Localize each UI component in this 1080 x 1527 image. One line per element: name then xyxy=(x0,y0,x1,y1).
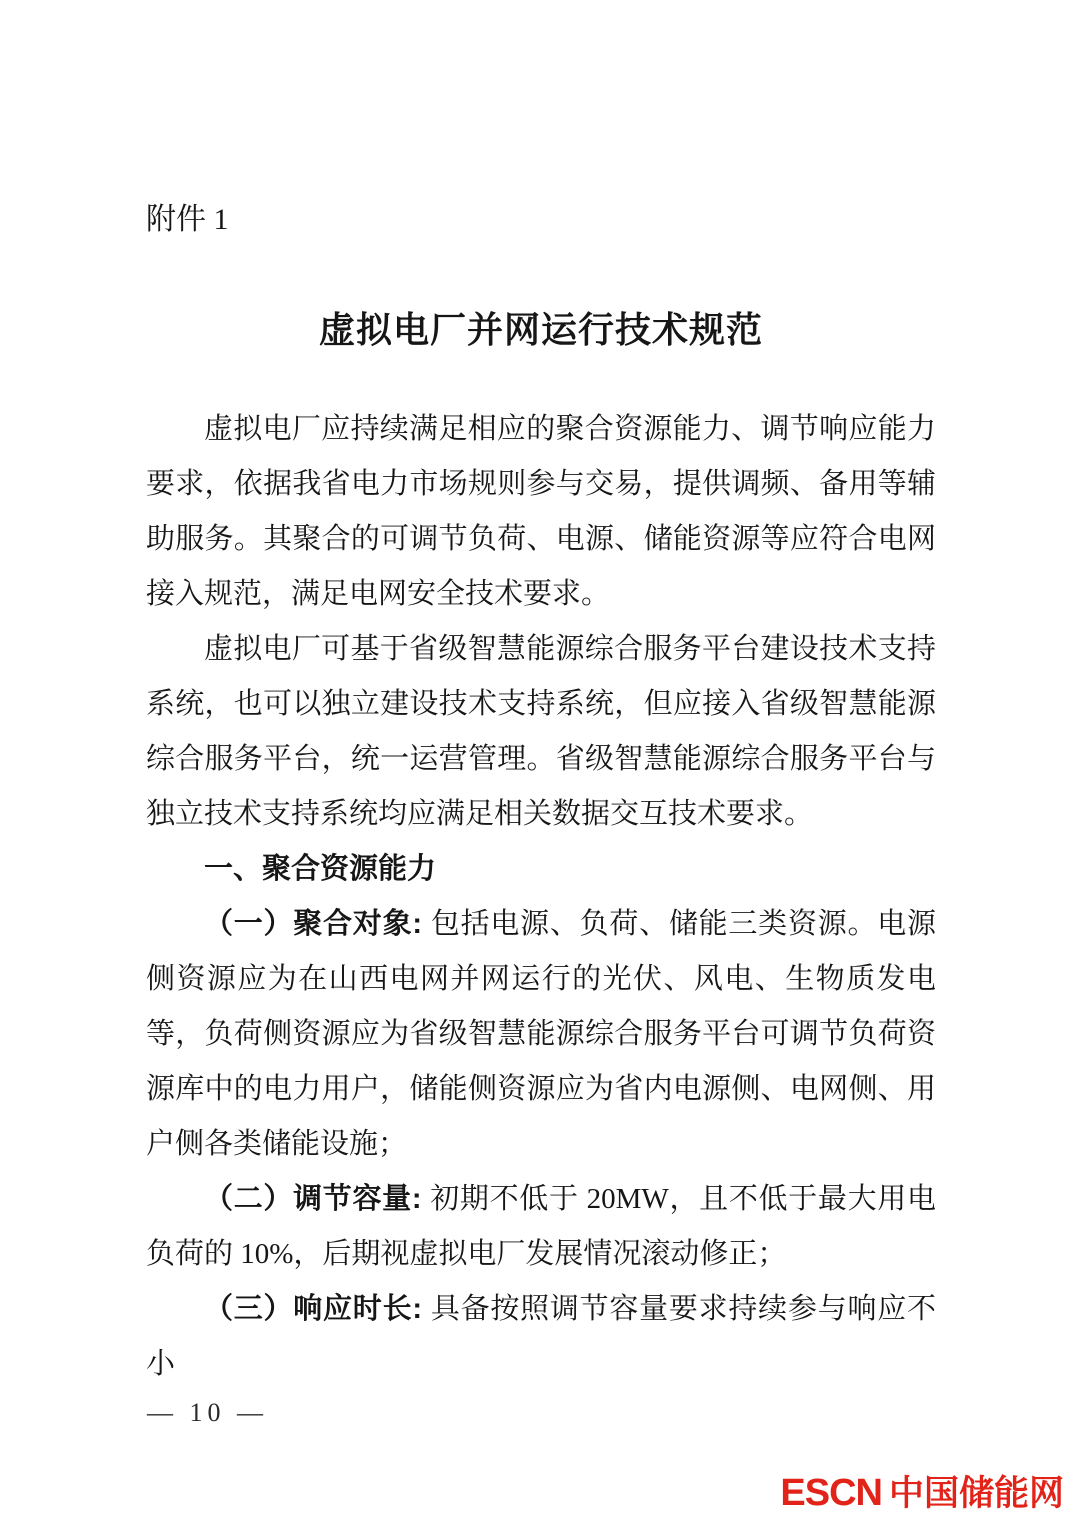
paragraph-intro-2: 虚拟电厂可基于省级智慧能源综合服务平台建设技术支持系统，也可以独立建设技术支持系… xyxy=(146,622,936,842)
list-item-lead: （一）聚合对象: xyxy=(204,908,431,940)
logo-latin-text: ESCN xyxy=(780,1472,882,1514)
section-heading-aggregation-capability: 一、聚合资源能力 xyxy=(146,842,936,897)
list-item-response-duration: （三）响应时长: 具备按照调节容量要求持续参与响应不小 xyxy=(146,1282,936,1392)
list-item-lead: （三）响应时长: xyxy=(204,1293,431,1325)
list-item-aggregation-objects: （一）聚合对象: 包括电源、负荷、储能三类资源。电源侧资源应为在山西电网并网运行… xyxy=(146,897,936,1172)
paragraph-intro-1: 虚拟电厂应持续满足相应的聚合资源能力、调节响应能力要求，依据我省电力市场规则参与… xyxy=(146,402,936,622)
list-item-text: 包括电源、负荷、储能三类资源。电源侧资源应为在山西电网并网运行的光伏、风电、生物… xyxy=(146,908,936,1160)
escn-logo: ESCN中国储能网 xyxy=(780,1466,1064,1516)
doc-body: 虚拟电厂应持续满足相应的聚合资源能力、调节响应能力要求，依据我省电力市场规则参与… xyxy=(146,402,936,1392)
page-number: — 10 — xyxy=(147,1398,268,1428)
list-item-lead: （二）调节容量: xyxy=(204,1183,430,1215)
list-item-regulation-capacity: （二）调节容量: 初期不低于 20MW，且不低于最大用电负荷的 10%，后期视虚… xyxy=(146,1172,936,1282)
logo-chinese-text: 中国储能网 xyxy=(889,1474,1064,1513)
doc-title: 虚拟电厂并网运行技术规范 xyxy=(146,308,936,352)
document-page: 附件 1 虚拟电厂并网运行技术规范 虚拟电厂应持续满足相应的聚合资源能力、调节响… xyxy=(0,0,1080,1527)
document-content: 附件 1 虚拟电厂并网运行技术规范 虚拟电厂应持续满足相应的聚合资源能力、调节响… xyxy=(146,198,936,1392)
attachment-label: 附件 1 xyxy=(146,198,936,242)
